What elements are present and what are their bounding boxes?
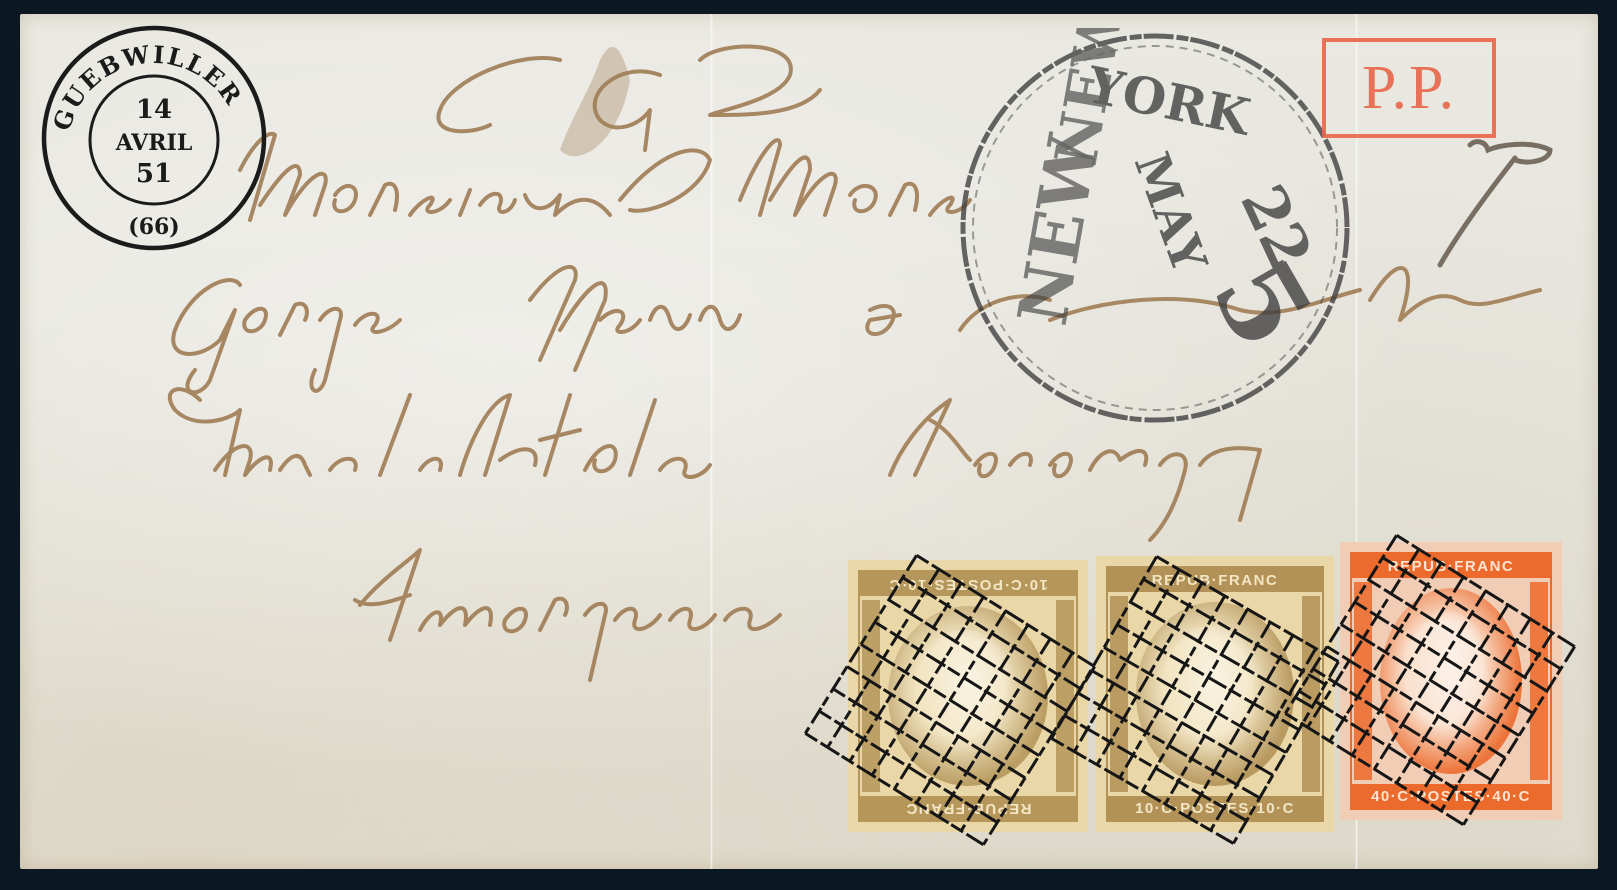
stamp-side-border xyxy=(1354,582,1372,780)
stamp-40c-orange: REPUB·FRANC 40·C·POSTES·40·C xyxy=(1340,542,1562,820)
stamp-side-border xyxy=(862,600,880,792)
ceres-head xyxy=(1410,612,1492,750)
stamp-top-legend: 10·C·POSTES·10·C xyxy=(858,572,1078,596)
stamp-side-border xyxy=(1110,596,1128,792)
stamp-bottom-legend: 40·C·POSTES·40·C xyxy=(1350,784,1552,808)
ceres-head xyxy=(918,630,1018,762)
svg-text:14: 14 xyxy=(136,95,172,125)
manuscript-text: C. G. R. Monsieur Monsieur George Weiss … xyxy=(0,0,1,1)
stamp-side-border xyxy=(1302,596,1320,792)
stamp-top-legend: REPUB·FRANC xyxy=(1106,568,1324,592)
stamp-10c-bistre: REPUB·FRANC 10·C·POSTES·10·C xyxy=(1096,556,1334,832)
svg-text:AVRIL: AVRIL xyxy=(115,130,193,156)
stamp-bottom-legend: 10·C·POSTES·10·C xyxy=(1106,796,1324,820)
paid-to-destination-box: P.P. xyxy=(1322,38,1496,138)
svg-text:MAY: MAY xyxy=(1123,146,1218,281)
manuscript-line: C. G. R. xyxy=(0,0,1,1)
svg-text:(66): (66) xyxy=(128,214,179,240)
paper-fold xyxy=(710,14,713,869)
new-york-postmark: YORK NEW NEW MAY 5 22 xyxy=(955,28,1355,428)
stamp-top-legend: REPUB·FRANC xyxy=(1350,554,1552,578)
stamp-side-border xyxy=(1056,600,1074,792)
svg-text:51: 51 xyxy=(136,159,172,189)
ceres-head xyxy=(1166,626,1264,762)
stamp-side-border xyxy=(1530,582,1548,780)
svg-text:NEW: NEW xyxy=(1003,128,1115,331)
stamp-bottom-legend: REPUB·FRANC xyxy=(858,796,1078,820)
stamp-10c-bistre-inverted: 10·C·POSTES·10·C REPUB·FRANC xyxy=(848,560,1088,832)
guebwiller-postmark: GUEBWILLER 14 AVRIL 51 (66) GUEBWILLER xyxy=(38,22,270,254)
pp-text: P.P. xyxy=(1362,53,1456,124)
